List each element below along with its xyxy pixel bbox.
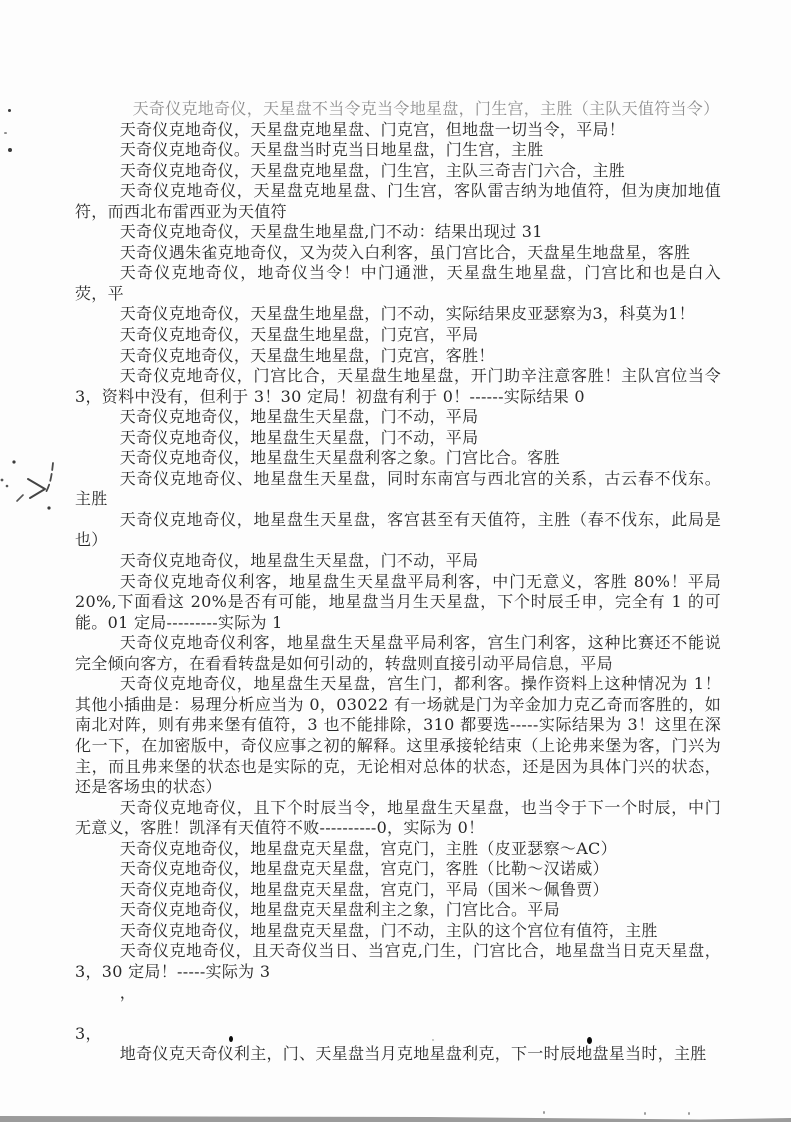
paragraph-line: 天奇仪克地奇仪利客，地星盘生天星盘平局利客，中门无意义，客胜 80%！平局 20… [75, 572, 721, 634]
paragraph-line: 天奇仪克地奇仪、地星盘生天星盘，同时东南宫与西北宫的关系，古云春不伐东。主胜 [75, 469, 721, 510]
paragraph-line: 天奇仪克地奇仪，且下个时辰当令，地星盘生天星盘，也当令于下一个时辰，中门无意义，… [75, 798, 721, 839]
paragraph-line: 天奇仪克地奇仪，地星盘克天星盘，宫克门，主胜（皮亚瑟察～AC） [75, 839, 721, 860]
paragraph-line: 天奇仪克地奇仪，地星盘克天星盘，宫克门，客胜（比勒～汉诺威） [75, 859, 721, 880]
paragraph-line: 天奇仪克地奇仪，天星盘生地星盘，门不动，实际结果皮亚瑟察为3，科莫为1！ [75, 304, 721, 325]
paragraph-line: 天奇仪克地奇仪，天星盘生地星盘，门克宫，平局 [75, 325, 721, 346]
scan-speck [8, 148, 12, 152]
scanned-document-page: 天奇仪克地奇仪，天星盘不当令克当令地星盘，门生宫，主胜（主队天值符当令）天奇仪克… [0, 0, 791, 1122]
paragraph-line: 天奇仪克地奇仪，天星盘不当令克当令地星盘，门生宫，主胜（主队天值符当令） [75, 99, 721, 120]
paragraph-line: 天奇仪克地奇仪，地星盘克天星盘利主之象，门宫比合。平局 [75, 900, 721, 921]
document-text-block: 天奇仪克地奇仪，天星盘不当令克当令地星盘，门生宫，主胜（主队天值符当令）天奇仪克… [75, 99, 721, 1065]
handwritten-scribble-mark [0, 450, 70, 520]
ink-dot [229, 1036, 233, 1042]
paragraph-line: 天奇仪克地奇仪，天星盘克地星盘，门生宫，主队三奇吉门六合，主胜 [75, 161, 721, 182]
paragraph-line: 天奇仪克地奇仪，地星盘生天星盘，客宫甚至有天值符，主胜（春不伐东，此局是也） [75, 510, 721, 551]
paragraph-line: 地奇仪克天奇仪利主，门、天星盘当月克地星盘利克，下一时辰地盘星当时，主胜 [75, 1044, 721, 1065]
paragraph-line [75, 1003, 721, 1024]
paragraph-line: 天奇仪克地奇仪，地星盘克天星盘，门不动，主队的这个宫位有值符，主胜 [75, 921, 721, 942]
paragraph-line: 天奇仪克地奇仪，门宫比合，天星盘生地星盘，开门助辛注意客胜！主队宫位当令 3，资… [75, 366, 721, 407]
paragraph-line: 天奇仪克地奇仪，地星盘生天星盘，门不动，平局 [75, 551, 721, 572]
paragraph-line: 天奇仪克地奇仪，地星盘生天星盘，门不动，平局 [75, 428, 721, 449]
paragraph-line: 天奇仪克地奇仪，且天奇仪当日、当宫克,门生，门宫比合，地星盘当日克天星盘，3，3… [75, 941, 721, 982]
paragraph-line: 天奇仪克地奇仪，地星盘克天星盘，宫克门，平局（国米～佩鲁贾） [75, 880, 721, 901]
paragraph-line: ， [75, 983, 721, 1004]
paragraph-line: 天奇仪克地奇仪。天星盘当时克当日地星盘，门生宫，主胜 [75, 140, 721, 161]
paragraph-line: 天奇仪克地奇仪，地奇仪当令！中门通泄，天星盘生地星盘，门宫比和也是白入荧，平 [75, 263, 721, 304]
scan-speck [4, 132, 7, 134]
paragraph-line: 天奇仪克地奇仪，天星盘生地星盘，门克宫，客胜！ [75, 346, 721, 367]
scan-edge-shadow [0, 1114, 791, 1122]
paragraph-line: 天奇仪克地奇仪，天星盘克地星盘、门生宫，客队雷吉纳为地值符，但为庚加地值符，而西… [75, 181, 721, 222]
paragraph-line: 天奇仪克地奇仪利客，地星盘生天星盘平局利客，宫生门利客，这种比赛还不能说完全倾向… [75, 633, 721, 674]
paragraph-line: 天奇仪克地奇仪，地星盘生天星盘，宫生门，都利客。操作资料上这种情况为 1！其他小… [75, 674, 721, 797]
paragraph-line: 天奇仪遇朱雀克地奇仪，又为荧入白利客，虽门宫比合，天盘星生地盘星，客胜 [75, 243, 721, 264]
paragraph-line: 3， [75, 1024, 721, 1045]
ink-dot [587, 1037, 592, 1044]
paragraph-line: 天奇仪克地奇仪，地星盘生天星盘，门不动，平局 [75, 407, 721, 428]
paragraph-line: 天奇仪克地奇仪，天星盘克地星盘、门克宫，但地盘一切当令，平局！ [75, 120, 721, 141]
paragraph-line: 天奇仪克地奇仪，天星盘生地星盘,门不动：结果出现过 31 [75, 222, 721, 243]
paragraph-line: 天奇仪克地奇仪，地星盘生天星盘利客之象。门宫比合。客胜 [75, 448, 721, 469]
scan-speck [8, 109, 11, 112]
